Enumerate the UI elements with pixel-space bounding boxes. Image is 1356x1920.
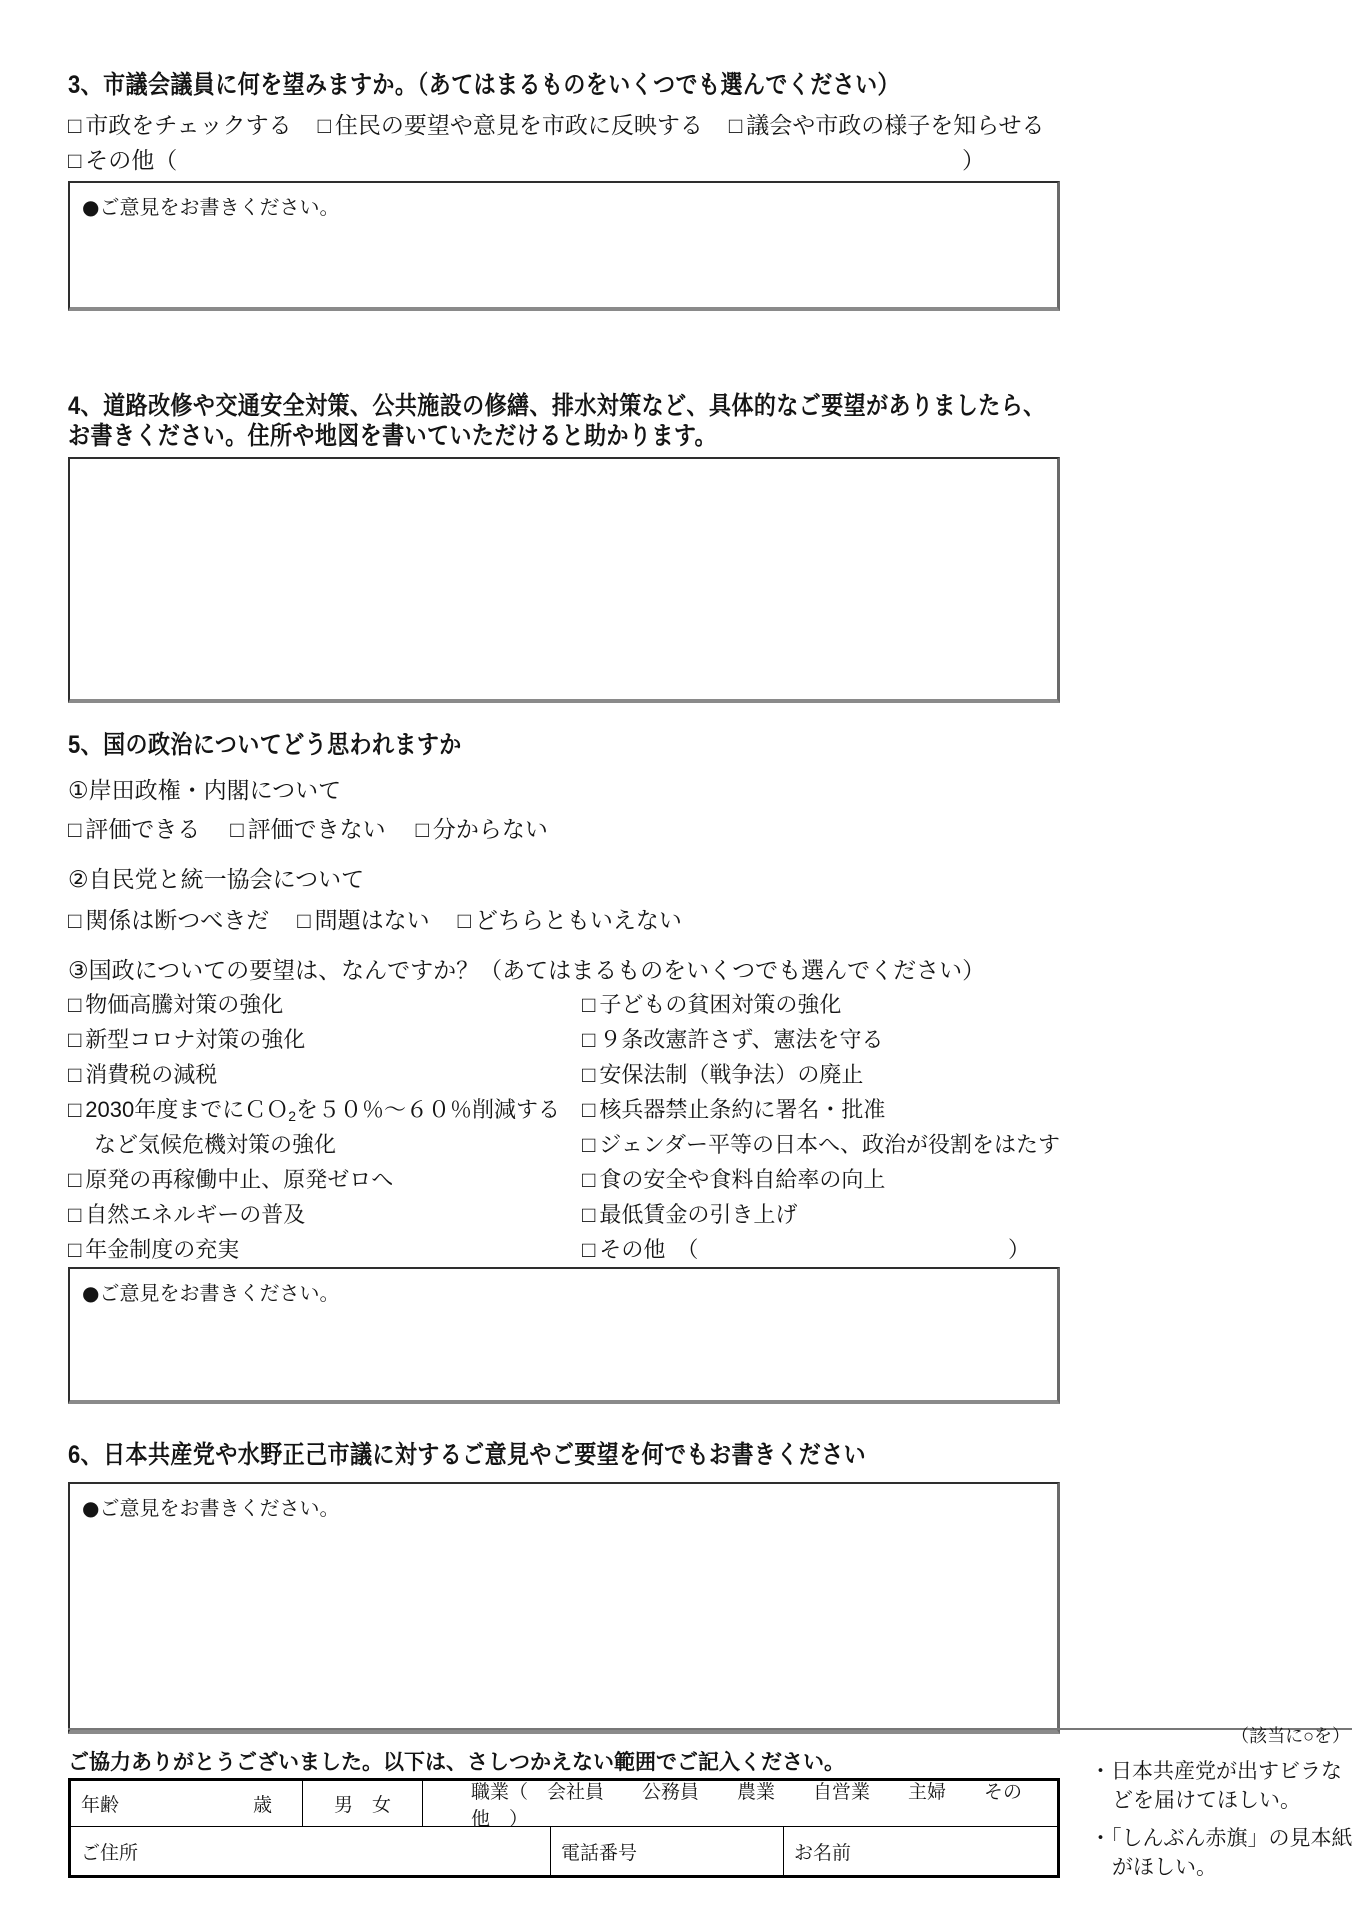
co2-text-pre: 2030年度までにＣＯ: [85, 1097, 288, 1122]
option-food-safety[interactable]: □ 食の安全や食料自給率の向上: [582, 1162, 1060, 1197]
option-minimum-wage[interactable]: □ 最低賃金の引き上げ: [582, 1197, 1060, 1232]
side-note-heading: （該当に○を）: [1090, 1724, 1356, 1748]
checkbox-icon[interactable]: □: [68, 1057, 81, 1092]
checkbox-icon[interactable]: □: [582, 1197, 595, 1232]
q5-heading: 5、国の政治についてどう思われますか: [68, 730, 1061, 760]
occupation-field[interactable]: 職業（ 会社員 公務員 農業 自営業 主婦 その他 ）: [423, 1781, 1057, 1826]
q5-sub3-right-column: □ 子どもの貧困対策の強化 □ ９条改憲許さず、憲法を守る □ 安保法制（戦争法…: [582, 987, 1060, 1267]
address-field[interactable]: ご住所: [71, 1827, 551, 1875]
q5-sub3-options: □ 物価高騰対策の強化 □ 新型コロナ対策の強化 □ 消費税の減税 □ 2030…: [68, 987, 1060, 1267]
gender-label: 男 女: [334, 1790, 391, 1817]
checkbox-icon[interactable]: □: [68, 1022, 81, 1057]
option-label: 市政をチェックする: [85, 111, 291, 139]
option-co2-reduction[interactable]: □ 2030年度までにＣＯ2を５０％～６０％削減する: [68, 1092, 582, 1127]
checkbox-icon[interactable]: □: [729, 112, 742, 140]
option-label: その他（: [85, 146, 177, 174]
comment-box-label: ●ご意見をお書きください。: [82, 1496, 339, 1520]
q5-sub1-title: ①岸田政権・内閣について: [68, 776, 1060, 804]
age-label: 年齢: [81, 1790, 119, 1817]
option-label: 自然エネルギーの普及: [85, 1197, 305, 1232]
checkbox-icon[interactable]: □: [68, 816, 81, 844]
option-co2-continuation: など気候危機対策の強化: [68, 1127, 582, 1162]
phone-field[interactable]: 電話番号: [551, 1827, 784, 1875]
checkbox-icon[interactable]: □: [582, 1022, 595, 1057]
q5-comment-box[interactable]: ●ご意見をお書きください。: [68, 1267, 1060, 1404]
q3-option-check-city[interactable]: □ 市政をチェックする: [68, 111, 292, 140]
q6-heading: 6、日本共産党や水野正己市議に対するご意見やご要望を何でもお書きください: [68, 1440, 1061, 1470]
option-label: 分からない: [433, 815, 548, 843]
table-row: 年齢 歳 男 女 職業（ 会社員 公務員 農業 自営業 主婦 その他 ）: [71, 1781, 1057, 1827]
checkbox-icon[interactable]: □: [68, 987, 81, 1022]
option-label: 物価高騰対策の強化: [85, 987, 283, 1022]
name-field[interactable]: お名前: [784, 1827, 1057, 1875]
name-label: お名前: [794, 1838, 851, 1865]
option-label: 関係は断つべきだ: [85, 906, 269, 934]
checkbox-icon[interactable]: □: [582, 1232, 595, 1267]
option-label: その他 （: [599, 1232, 698, 1267]
checkbox-icon[interactable]: □: [582, 1092, 595, 1127]
checkbox-icon[interactable]: □: [68, 907, 81, 935]
checkbox-icon[interactable]: □: [318, 112, 331, 140]
option-gender-equality[interactable]: □ ジェンダー平等の日本へ、政治が役割をはたす: [582, 1127, 1060, 1162]
option-renewable-energy[interactable]: □ 自然エネルギーの普及: [68, 1197, 582, 1232]
option-label: 最低賃金の引き上げ: [599, 1197, 797, 1232]
q4-response-box[interactable]: [68, 457, 1060, 703]
option-label: 問題はない: [315, 906, 430, 934]
table-row: ご住所 電話番号 お名前: [71, 1827, 1057, 1875]
respondent-info-table: 年齢 歳 男 女 職業（ 会社員 公務員 農業 自営業 主婦 その他 ） ご住所…: [68, 1778, 1060, 1878]
option-security-law-repeal[interactable]: □ 安保法制（戦争法）の廃止: [582, 1057, 1060, 1092]
q3-option-reflect-opinions[interactable]: □ 住民の要望や意見を市政に反映する: [318, 111, 703, 140]
option-nuclear-ban-treaty[interactable]: □ 核兵器禁止条約に署名・批准: [582, 1092, 1060, 1127]
q6-comment-box[interactable]: ●ご意見をお書きください。: [68, 1482, 1060, 1734]
option-covid-measures[interactable]: □ 新型コロナ対策の強化: [68, 1022, 582, 1057]
q5-sub1-options-row: □ 評価できる □ 評価できない □ 分からない: [68, 815, 1060, 844]
q5-sub1-option-disapprove[interactable]: □ 評価できない: [230, 815, 385, 844]
checkbox-icon[interactable]: □: [68, 1232, 81, 1267]
option-label: ジェンダー平等の日本へ、政治が役割をはたす: [599, 1127, 1060, 1162]
option-label: 新型コロナ対策の強化: [85, 1022, 305, 1057]
comment-box-label: ●ご意見をお書きください。: [82, 195, 339, 219]
age-unit-label: 歳: [253, 1790, 272, 1817]
option-child-poverty[interactable]: □ 子どもの貧困対策の強化: [582, 987, 1060, 1022]
option-label: 核兵器禁止条約に署名・批准: [599, 1092, 885, 1127]
q5-sub1-option-unsure[interactable]: □ 分からない: [416, 815, 548, 844]
option-price-measures[interactable]: □ 物価高騰対策の強化: [68, 987, 582, 1022]
close-paren: ）: [1008, 1232, 1030, 1267]
checkbox-icon[interactable]: □: [68, 1092, 81, 1127]
q3-option-inform[interactable]: □ 議会や市政の様子を知らせる: [729, 111, 1045, 140]
checkbox-icon[interactable]: □: [582, 1127, 595, 1162]
q5-sub2-option-neither[interactable]: □ どちらともいえない: [458, 906, 682, 935]
option-pension[interactable]: □ 年金制度の充実: [68, 1232, 582, 1267]
side-note: （該当に○を） ・日本共産党が出すビラなどを届けてほしい。 ・「しんぶん赤旗」の…: [1090, 1724, 1356, 1882]
q5-sub1-option-approve[interactable]: □ 評価できる: [68, 815, 200, 844]
q5-sub2-options-row: □ 関係は断つべきだ □ 問題はない □ どちらともいえない: [68, 906, 1060, 935]
option-label: 消費税の減税: [85, 1057, 217, 1092]
close-paren: ）: [962, 146, 985, 175]
option-nuclear-zero[interactable]: □ 原発の再稼働中止、原発ゼロへ: [68, 1162, 582, 1197]
checkbox-icon[interactable]: □: [297, 907, 310, 935]
co2-text-post: を５０％～６０％削減する: [296, 1097, 560, 1122]
side-note-option-akahata[interactable]: ・「しんぶん赤旗」の見本紙がほしい。: [1090, 1824, 1356, 1882]
q5-sub2-option-no-problem[interactable]: □ 問題はない: [297, 906, 429, 935]
co2-subscript: 2: [288, 1108, 296, 1124]
phone-label: 電話番号: [561, 1838, 637, 1865]
checkbox-icon[interactable]: □: [582, 1057, 595, 1092]
checkbox-icon[interactable]: □: [68, 147, 81, 175]
checkbox-icon[interactable]: □: [582, 1162, 595, 1197]
survey-page: 3、市議会議員に何を望みますか。（あてはまるものをいくつでも選んでください） □…: [68, 70, 1060, 1878]
option-label: 子どもの貧困対策の強化: [599, 987, 841, 1022]
option-label: 原発の再稼働中止、原発ゼロへ: [85, 1162, 393, 1197]
gender-field[interactable]: 男 女: [303, 1781, 423, 1826]
thanks-note: ご協力ありがとうございました。以下は、さしつかえない範囲でご記入ください。: [68, 1749, 1060, 1774]
address-label: ご住所: [81, 1838, 138, 1865]
q4-heading: 4、道路改修や交通安全対策、公共施設の修繕、排水対策など、具体的なご要望がありま…: [68, 391, 1061, 451]
q5-sub3-left-column: □ 物価高騰対策の強化 □ 新型コロナ対策の強化 □ 消費税の減税 □ 2030…: [68, 987, 582, 1267]
option-label: 2030年度までにＣＯ2を５０％～６０％削減する: [85, 1092, 560, 1127]
option-label: 評価できない: [248, 815, 386, 843]
option-label: 住民の要望や意見を市政に反映する: [335, 111, 703, 139]
option-label: どちらともいえない: [475, 906, 682, 934]
checkbox-icon[interactable]: □: [458, 907, 471, 935]
side-note-option-flyer[interactable]: ・日本共産党が出すビラなどを届けてほしい。: [1090, 1757, 1356, 1815]
checkbox-icon[interactable]: □: [230, 816, 243, 844]
checkbox-icon[interactable]: □: [582, 987, 595, 1022]
occupation-label: 職業（ 会社員 公務員 農業 自営業 主婦 その他 ）: [471, 1777, 1057, 1831]
q5-sub3-title: ③国政についての要望は、なんですか？（あてはまるものをいくつでも選んでください）: [68, 956, 1060, 984]
option-label: 安保法制（戦争法）の廃止: [599, 1057, 863, 1092]
option-label: 食の安全や食料自給率の向上: [599, 1162, 885, 1197]
q3-comment-box[interactable]: ●ご意見をお書きください。: [68, 181, 1060, 311]
age-field[interactable]: 年齢 歳: [71, 1781, 303, 1826]
option-label: 評価できる: [85, 815, 200, 843]
q3-heading: 3、市議会議員に何を望みますか。（あてはまるものをいくつでも選んでください）: [68, 70, 1061, 100]
option-label: ９条改憲許さず、憲法を守る: [599, 1022, 883, 1057]
checkbox-icon[interactable]: □: [68, 112, 81, 140]
q3-options-row: □ 市政をチェックする □ 住民の要望や意見を市政に反映する □ 議会や市政の様…: [68, 111, 1060, 140]
checkbox-icon[interactable]: □: [416, 816, 429, 844]
q5-sub2-title: ②自民党と統一協会について: [68, 865, 1060, 893]
option-tax-cut[interactable]: □ 消費税の減税: [68, 1057, 582, 1092]
comment-box-label: ●ご意見をお書きください。: [82, 1281, 339, 1305]
option-article9[interactable]: □ ９条改憲許さず、憲法を守る: [582, 1022, 1060, 1057]
option-other[interactable]: □ その他 （ ）: [582, 1232, 1030, 1267]
q5-sub2-option-cut-ties[interactable]: □ 関係は断つべきだ: [68, 906, 269, 935]
q3-option-other[interactable]: □ その他（ ）: [68, 146, 985, 175]
option-label: 年金制度の充実: [85, 1232, 239, 1267]
checkbox-icon[interactable]: □: [68, 1197, 81, 1232]
option-label: 議会や市政の様子を知らせる: [746, 111, 1044, 139]
checkbox-icon[interactable]: □: [68, 1162, 81, 1197]
